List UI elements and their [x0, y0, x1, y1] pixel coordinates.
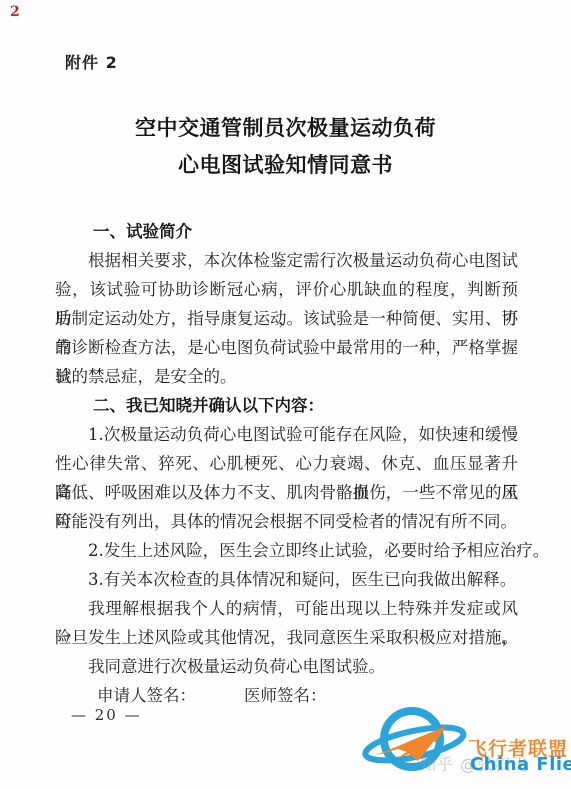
document-line: 验，该试验可协助诊断冠心病，评价心肌缺血的程度，判断预后，协 [55, 275, 518, 304]
document-page: 2 附件 2 空中交通管制员次极量运动负荷 心电图试验知情同意书 一、试验简介根… [0, 0, 571, 789]
page-number: — 20 — [71, 706, 142, 724]
document-line: 3.有关本次检查的具体情况和疑问，医生已向我做出解释。 [55, 565, 518, 594]
document-title-line2: 心电图试验知情同意书 [0, 146, 571, 183]
document-line: 根据相关要求，本次体检鉴定需行次极量运动负荷心电图试 [55, 246, 518, 275]
document-line: 一旦发生上述风险或其他情况，我同意医生采取积极应对措施。 [55, 623, 518, 652]
document-title: 空中交通管制员次极量运动负荷 心电图试验知情同意书 [0, 109, 571, 183]
corner-page-mark: 2 [10, 4, 20, 20]
physician-signature-label: 医师签名： [244, 681, 327, 710]
document-line: 性心律失常、猝死、心肌梗死、心力衰竭、休克、血压显著升高、血压 [55, 449, 518, 478]
brand-name-en: China Flier [470, 754, 571, 775]
attachment-label: 附件 2 [65, 50, 118, 73]
document-line: 降低、呼吸困难以及体力不支、肌肉骨骼损伤，一些不常见的风险 [55, 478, 518, 507]
document-line: 可能没有列出，具体的情况会根据不同受检者的情况有所不同。 [55, 507, 518, 536]
document-body: 一、试验简介根据相关要求，本次体检鉴定需行次极量运动负荷心电图试验，该试验可协助… [55, 217, 518, 710]
document-line: 1.次极量运动负荷心电图试验可能存在风险，如快速和缓慢 [55, 420, 518, 449]
document-title-line1: 空中交通管制员次极量运动负荷 [0, 109, 571, 146]
document-line: 2.发生上述风险，医生会立即终止试验，必要时给予相应治疗。 [55, 536, 518, 565]
document-line: 二、我已知晓并确认以下内容： [55, 391, 518, 420]
document-line: 一、试验简介 [55, 217, 518, 246]
document-line: 我同意进行次极量运动负荷心电图试验。 [55, 652, 518, 681]
document-lines: 一、试验简介根据相关要求，本次体检鉴定需行次极量运动负荷心电图试验，该试验可协助… [55, 217, 518, 681]
document-line: 助制定运动处方，指导康复运动。该试验是一种简便、实用、可靠 [55, 304, 518, 333]
document-line: 验的禁忌症，是安全的。 [55, 362, 518, 391]
brand-watermark: 知乎 @张叙飞 飞行者联盟 China Flier [362, 696, 571, 786]
document-line: 我理解根据我个人的病情，可能出现以上特殊并发症或风险， [55, 594, 518, 623]
document-line: 的诊断检查方法，是心电图负荷试验中最常用的一种，严格掌握试 [55, 333, 518, 362]
